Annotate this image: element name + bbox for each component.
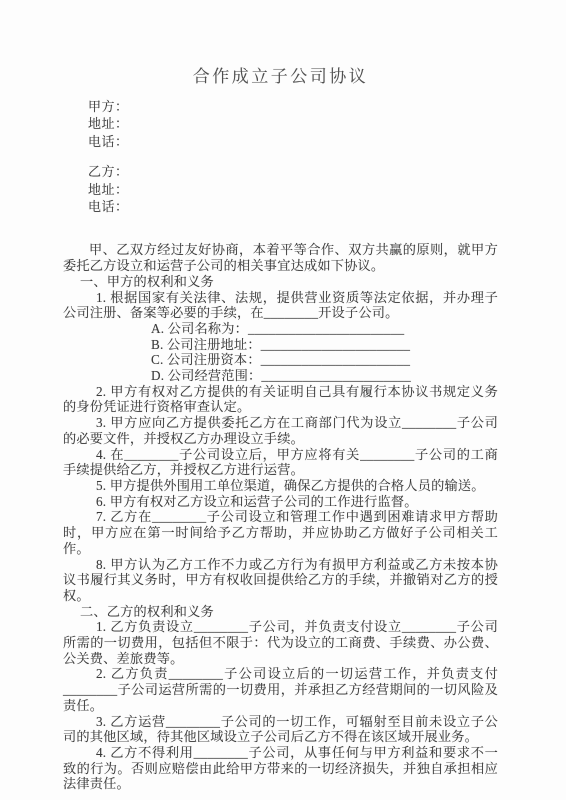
clause-1-subitem-a: A. 公司名称为：_______________________ [63,321,498,337]
party-a-address-label: 地址： [88,115,498,132]
section1-clause-5: 5. 甲方提供外围用工单位渠道，确保乙方提供的合格人员的输送。 [63,478,498,494]
party-b-block: 乙方： 地址： 电话： [88,163,498,215]
party-a-phone-label: 电话： [88,133,498,150]
section1-clause-8: 8. 甲方认为乙方工作不力或乙方行为有损甲方利益或乙方未按本协议书履行其义务时，… [63,557,498,604]
clause-1-subitem-c: C. 公司注册资本：______________________ [63,352,498,368]
section1-clause-4: 4. 在________子公司设立后，甲方应将有关________子公司的工商手… [63,447,498,478]
document-title: 合作成立子公司协议 [63,62,498,87]
section1-clause-7: 7. 乙方在________子公司设立和管理工作中遇到困难请求甲方帮助时，甲方应… [63,509,498,556]
clause-1-subitem-d: D. 公司经营范围：______________________ [63,368,498,384]
party-a-name-label: 甲方： [88,98,498,115]
section2-clause-1: 1. 乙方负责设立________子公司，并负责支付设立________子公司所… [63,619,498,666]
party-b-address-label: 地址： [88,181,498,198]
scanned-document-page: 合作成立子公司协议 甲方： 地址： 电话： 乙方： 地址： 电话： 甲、乙双方经… [0,0,566,800]
clause-1-subitem-b: B. 公司注册地址：______________________ [63,337,498,353]
intro-paragraph: 甲、乙双方经过友好协商，本着平等合作、双方共赢的原则，就甲方委托乙方设立和运营子… [63,242,498,273]
section2-clause-2: 2. 乙方负责________子公司设立后的一切运营工作，并负责支付______… [63,666,498,713]
section1-clause-1: 1. 根据国家有关法律、法规，提供营业资质等法定依据，并办理子公司注册、备案等必… [63,290,498,321]
section-1-heading: 一、甲方的权利和义务 [63,274,498,290]
section-2-heading: 二、乙方的权利和义务 [63,604,498,620]
section1-clause-2: 2. 甲方有权对乙方提供的有关证明自己具有履行本协议书规定义务的身份凭证进行资格… [63,384,498,415]
section1-clause-6: 6. 甲方有权对乙方设立和运营子公司的工作进行监督。 [63,494,498,510]
section2-clause-3: 3. 乙方运营________子公司的一切工作，可辐射至目前未设立子公司的其他区… [63,714,498,745]
section1-clause-3: 3. 甲方应向乙方提供委托乙方在工商部门代为设立________子公司的必要文件… [63,415,498,446]
party-a-block: 甲方： 地址： 电话： [88,98,498,150]
party-b-name-label: 乙方： [88,163,498,180]
agreement-body: 甲、乙双方经过友好协商，本着平等合作、双方共赢的原则，就甲方委托乙方设立和运营子… [63,242,498,792]
party-b-phone-label: 电话： [88,198,498,215]
section2-clause-4: 4. 乙方不得利用________子公司，从事任何与甲方利益和要求不一致的行为。… [63,745,498,792]
